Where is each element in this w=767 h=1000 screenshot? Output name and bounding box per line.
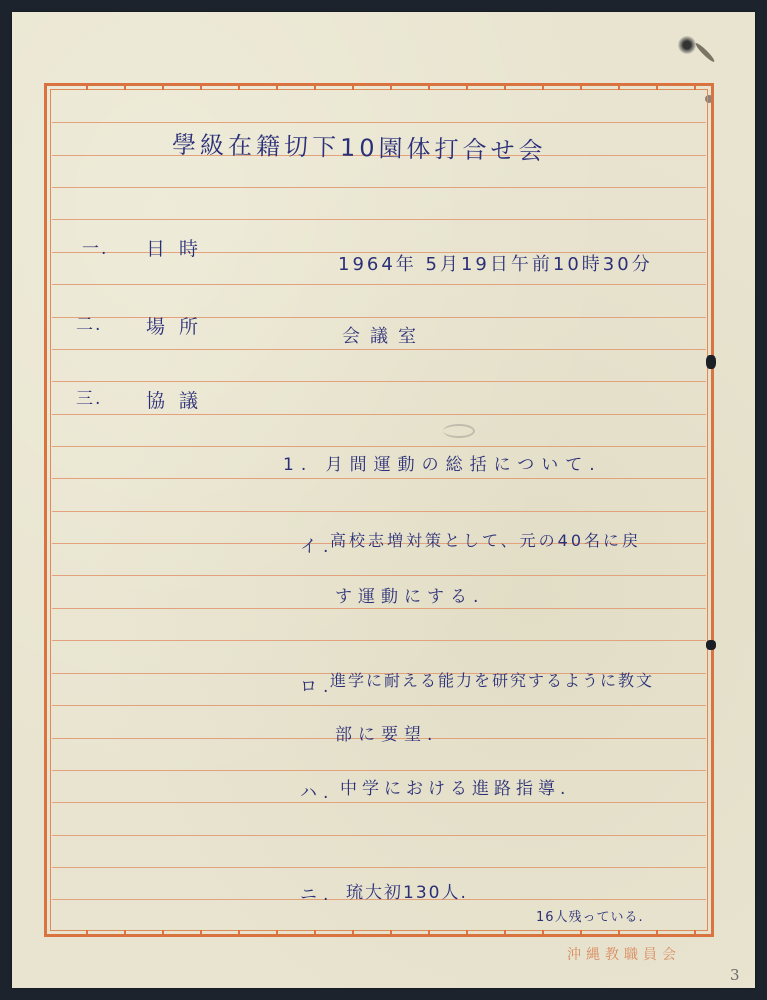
border-ticks-bottom <box>50 930 708 936</box>
subitem-i-line-2: す運動にする. <box>335 582 484 607</box>
punch-hole-upper <box>706 355 716 369</box>
item-2-label: 場所 <box>146 312 212 339</box>
page-number: 3 <box>730 966 740 984</box>
subitem-ro-line-1: 進学に耐える能力を研究するように教文 <box>330 668 654 691</box>
ink-stain <box>678 36 696 54</box>
item-3-number: 三. <box>76 384 102 409</box>
margin-note: 16人残っている. <box>536 906 644 925</box>
item-2-number: 二. <box>76 310 102 335</box>
subitem-ha-marker: ハ. <box>300 778 334 803</box>
subitem-ni-marker: ニ. <box>300 880 334 905</box>
agenda-heading: 1. 月間運動の総括について. <box>283 450 602 475</box>
organization-name: 沖縄教職員会 <box>567 944 681 964</box>
subitem-i-line-1: 高校志増対策として、元の40名に戻 <box>330 528 641 551</box>
item-1-label: 日時 <box>146 234 212 261</box>
subitem-ha-line-1: 中学における進路指導. <box>340 774 570 799</box>
item-2-value: 会議室 <box>342 322 426 348</box>
smudge-mark <box>443 424 475 438</box>
item-3-label: 協議 <box>146 386 212 413</box>
subitem-ro-line-2: 部に要望. <box>335 720 438 745</box>
punch-hole-lower <box>706 640 716 650</box>
border-ticks-top <box>50 84 708 90</box>
subitem-ni-line-1: 琉大初130人. <box>346 878 468 903</box>
orange-border-inner <box>50 89 708 931</box>
item-1-value: 1964年 5月19日午前10時30分 <box>338 250 653 276</box>
item-1-number: 一. <box>82 234 108 259</box>
document-title: 學級在籍切下10園体打合せ会 <box>172 125 547 167</box>
